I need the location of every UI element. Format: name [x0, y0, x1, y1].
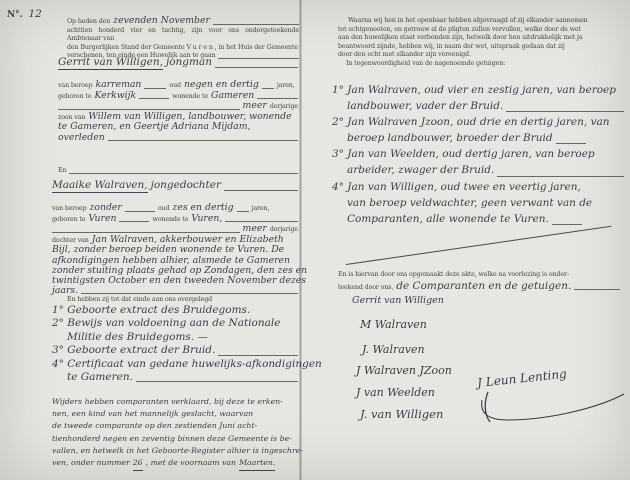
witness-4-line-3: Comparanten, alle wonende te Vuren. — [332, 211, 624, 227]
witness-3-line-2: arbeider, zwager der Bruid. — [332, 162, 624, 178]
marriage-date: zevenden November — [113, 15, 210, 26]
witness-2-line-1: 2° Jan Walraven Jzoon, oud drie en derti… — [332, 114, 624, 130]
witness-2-line-2: beroep landbouwer, broeder der Bruid — [332, 130, 624, 146]
blank-line — [257, 97, 298, 99]
child-acknowledgement-paragraph: Wijders hebben comparanten verklaard, bi… — [52, 396, 302, 471]
acknowledgement-pre: ven, onder nummer — [52, 457, 130, 469]
witness-2-line-2-text: beroep landbouwer, broeder der Bruid — [347, 130, 553, 146]
blank-line — [125, 210, 155, 212]
groom-occupation: karreman — [96, 80, 142, 90]
blank-line — [218, 354, 298, 356]
signature-groom: Gerrit van Willigen — [352, 295, 444, 306]
blank-line — [237, 210, 249, 212]
witness-3-line-2-text: arbeider, zwager der Bruid. — [347, 162, 494, 178]
signature-witness-1: J. Walraven — [362, 343, 425, 356]
closing-diagonal-stroke — [346, 226, 611, 265]
document-item-2b: Militie des Bruidegoms. — — [52, 331, 298, 344]
en-separator-line: En — [58, 167, 298, 176]
groom-name-line: Gerrit van Willigen, jongman — [58, 56, 298, 70]
witness-3-line-1: 3° Jan van Weelden, oud dertig jaren, va… — [332, 146, 624, 162]
acknowledgement-line-6: ven, onder nummer 26 , met de voornaam v… — [52, 457, 302, 471]
bride-occupation: zonder — [90, 203, 122, 213]
announcement-line-4: twintigsten October en den tweeden Novem… — [52, 276, 298, 286]
occupation-label: van beroep — [58, 82, 93, 91]
bride-birthplace: Vuren — [88, 214, 116, 224]
groom-occupation-age-line: van beroep karreman oud negen en dertig … — [58, 80, 298, 91]
blank-line — [225, 220, 298, 222]
child-name: Maarten. — [239, 457, 275, 471]
born-at-label: geboren te — [58, 93, 91, 102]
witness-list: 1° Jan Walraven, oud vier en zestig jare… — [332, 82, 624, 227]
residing-at-label: wonende te — [172, 93, 208, 102]
years-label: jaren, — [277, 82, 295, 91]
blank-line — [136, 380, 298, 382]
blank-line — [224, 189, 298, 191]
intro-line-2: achttien honderd vier en tachtig, zijn v… — [67, 27, 299, 44]
intro-paragraph: Op heden den zevenden November achttien … — [67, 15, 299, 61]
signature-bride: M Walraven — [360, 318, 427, 331]
vow-line-5: door den echt met elkander zijn vereenig… — [338, 51, 610, 60]
groom-mother-status: overleden — [58, 133, 105, 143]
marriage-record-scan: N°. 12 Op heden den zevenden November ac… — [0, 0, 630, 480]
record-closing-line-1: En is hiervan door ons opgemaakt deze ak… — [338, 271, 620, 280]
blank-line — [139, 97, 169, 99]
bride-occupation-age-line: van beroep zonder oud zes en dertig jare… — [52, 203, 298, 214]
witness-4-line-3-text: Comparanten, alle wonende te Vuren. — [347, 211, 549, 227]
blank-line — [81, 292, 298, 294]
submitted-documents-list: 1° Geboorte extract des Bruidegoms. 2° B… — [52, 304, 298, 384]
blank-line — [552, 223, 582, 225]
witnesses-intro: In tegenwoordigheid van de nagenoemde ge… — [338, 60, 610, 69]
residing-at-label: wonende te — [152, 216, 188, 225]
vow-paragraph: Waarna wij hen in het openbaar hebben af… — [338, 17, 610, 69]
years-label: jaren, — [252, 205, 270, 214]
blank-line — [108, 139, 298, 141]
groom-birthplace: Kerkwijk — [94, 91, 136, 101]
act-number-value: 12 — [29, 8, 42, 20]
document-item-4b: te Gameren. — [52, 371, 298, 384]
groom-details: van beroep karreman oud negen en dertig … — [58, 80, 298, 143]
groom-status: jongman — [166, 56, 212, 68]
document-item-3: 3° Geboorte extract der Bruid. — [52, 344, 298, 357]
signature-witness-4: J. van Willigen — [360, 407, 443, 421]
age-label: oud — [158, 205, 170, 214]
record-closing: En is hiervan door ons opgemaakt deze ak… — [338, 271, 620, 292]
blank-line — [574, 288, 620, 290]
bride-age: zes en dertig — [172, 203, 233, 213]
en-label: En — [58, 167, 66, 176]
vow-line-3: aan den huwelijken staat verbonden zijn,… — [338, 34, 610, 43]
blank-line — [262, 87, 274, 89]
groom-mother-status-line: overleden — [58, 133, 298, 143]
occupation-label: van beroep — [52, 205, 87, 214]
witness-4-line-1: 4° Jan van Willigen, oud twee en veertig… — [332, 179, 624, 195]
signature-witness-3: J van Weelden — [356, 386, 435, 399]
record-closing-script: de Comparanten en de getuigen. — [396, 280, 571, 292]
blank-line — [52, 231, 240, 233]
intro-line-1: Op heden den zevenden November — [67, 15, 299, 27]
blank-line — [497, 175, 624, 177]
vow-line-1: Waarna wij hen in het openbaar hebben af… — [338, 17, 610, 26]
record-closing-print: teekend door ons, — [338, 284, 393, 293]
birth-register-number: 26 — [133, 457, 143, 471]
witness-1-line-2-text: landbouwer, vader der Bruid. — [347, 98, 503, 114]
acknowledgement-line-3: de tweede comparante op den zestienden J… — [52, 420, 302, 432]
announcement-end: jaars. — [52, 286, 78, 296]
acknowledgement-line-1: Wijders hebben comparanten verklaard, bi… — [52, 396, 302, 408]
blank-line — [215, 66, 298, 68]
acknowledgement-line-4: tienhonderd negen en zeventig binnen dez… — [52, 433, 302, 445]
bride-name: Maaike Walraven, — [52, 179, 148, 193]
acknowledgement-mid: , met de voornaam van — [146, 457, 236, 469]
record-closing-line-2: teekend door ons, de Comparanten en de g… — [338, 280, 620, 293]
blank-line — [213, 23, 299, 25]
blank-line — [69, 172, 298, 174]
announcement-line-5: jaars. — [52, 286, 298, 296]
bride-details: van beroep zonder oud zes en dertig jare… — [52, 203, 298, 296]
intro-opheden-label: Op heden den — [67, 18, 110, 27]
document-item-4: 4° Certificaat van gedane huwelijks-afko… — [52, 358, 298, 371]
bride-residence: Vuren, — [191, 214, 222, 224]
acknowledgement-line-2: nen, een kind van het mannelijk geslacht… — [52, 408, 302, 420]
groom-name: Gerrit van Willigen, — [58, 56, 163, 70]
bride-name-line: Maaike Walraven, jongedochter — [52, 179, 298, 193]
born-at-label: geboren te — [52, 216, 85, 225]
intro-line-3: den Burgerlijken Stand der Gemeente V u … — [67, 44, 299, 53]
blank-line — [506, 110, 624, 112]
signature-flourish-icon — [478, 390, 628, 424]
witness-1-line-1: 1° Jan Walraven, oud vier en zestig jare… — [332, 82, 624, 98]
vow-line-2: tot echtgenooten, en getrouw al de pligt… — [338, 26, 610, 35]
blank-line — [144, 87, 166, 89]
witness-4-line-2: van beroep veldwachter, geen verwant van… — [332, 195, 624, 211]
blank-line — [119, 220, 149, 222]
document-item-1: 1° Geboorte extract des Bruidegoms. — [52, 304, 298, 317]
groom-age: negen en dertig — [184, 80, 259, 90]
signature-official-text: J Leun Lenting — [477, 360, 628, 390]
blank-line — [58, 108, 240, 110]
acknowledgement-line-5: vallen, en hetwelk in het Geboorte-Regis… — [52, 445, 302, 457]
act-number-label: N°. — [7, 11, 23, 20]
bride-status: jongedochter — [151, 179, 221, 191]
age-label: oud — [169, 82, 181, 91]
signature-witness-2: J Walraven JZoon — [356, 364, 452, 377]
vow-line-4: beantwoord zijnde, hebben wij, in naam d… — [338, 43, 610, 52]
act-number: N°. 12 — [7, 8, 42, 20]
blank-line — [556, 142, 586, 144]
document-item-2: 2° Bewijs van voldoening aan de National… — [52, 317, 298, 330]
document-item-3-text: 3° Geboorte extract der Bruid. — [52, 344, 215, 357]
witness-1-line-2: landbouwer, vader der Bruid. — [332, 98, 624, 114]
document-item-4b-text: te Gameren. — [67, 371, 133, 384]
signature-official: J Leun Lenting — [478, 376, 628, 424]
